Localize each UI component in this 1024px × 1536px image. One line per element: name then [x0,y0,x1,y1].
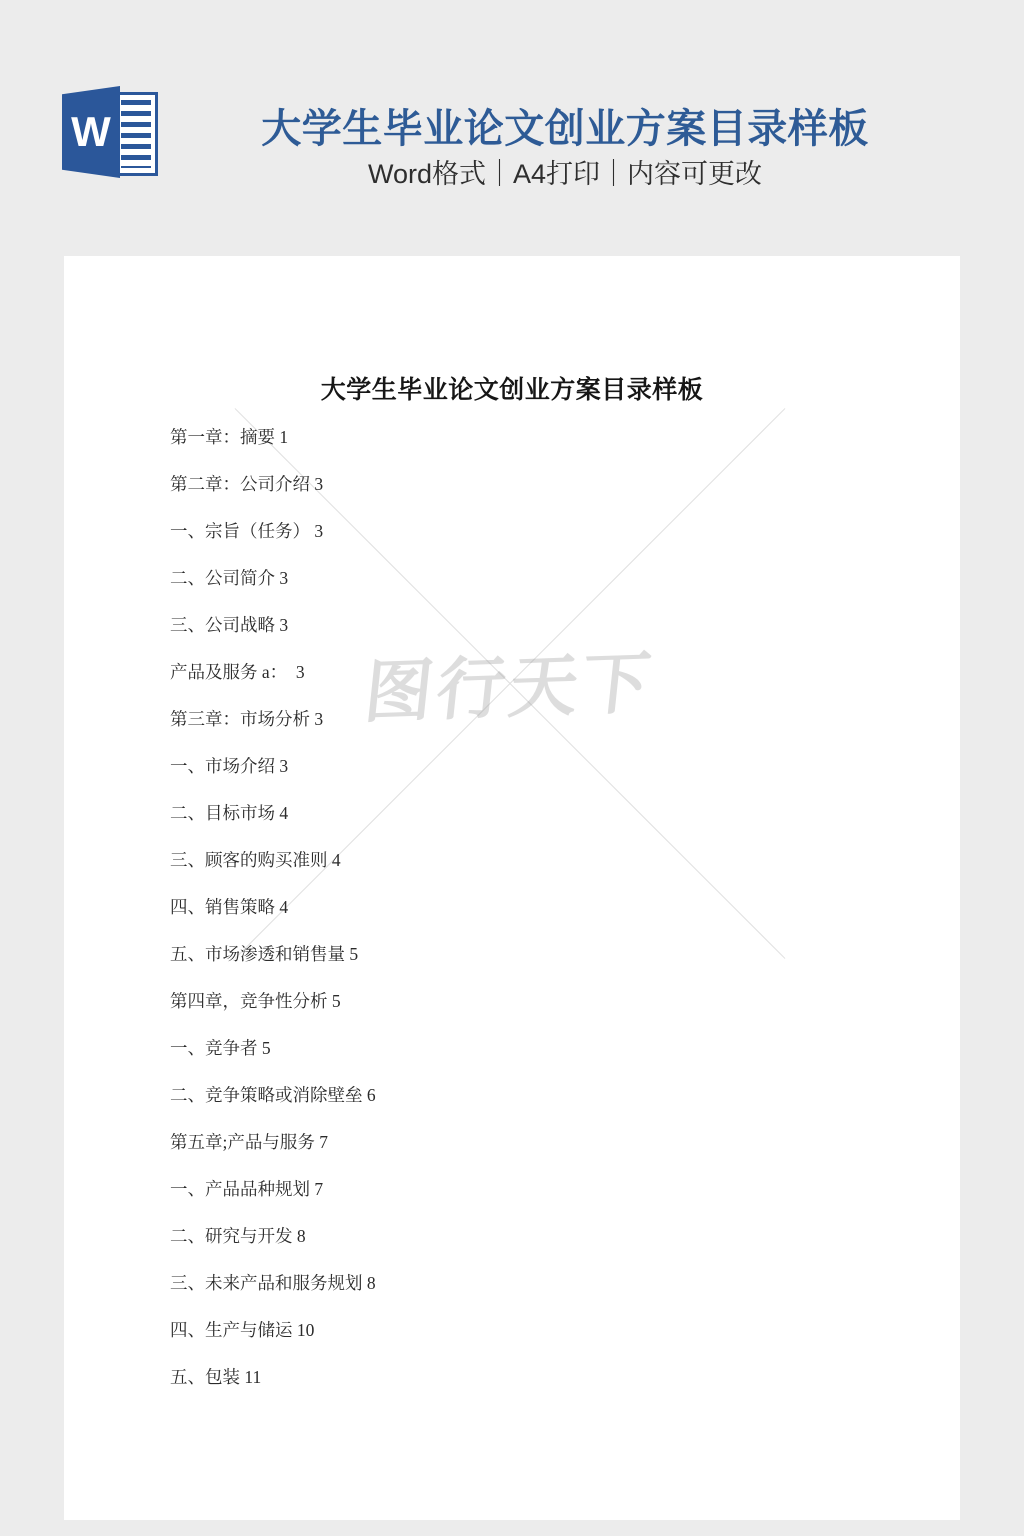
toc-entry: 一、产品品种规划 7 [170,1166,920,1213]
word-document-lines-icon [121,100,151,168]
document-preview-page: 图行天下 大学生毕业论文创业方案目录样板 第一章：摘要 1第二章：公司介绍 3一… [64,256,960,1520]
toc-entry: 一、宗旨（任务） 3 [170,508,920,555]
toc-entry: 第二章：公司介绍 3 [170,461,920,508]
word-file-icon: W [62,84,158,180]
toc-entry: 二、研究与开发 8 [170,1213,920,1260]
word-logo-flag-icon: W [62,86,120,178]
toc-entry: 二、目标市场 4 [170,790,920,837]
toc-entry: 产品及服务 a： 3 [170,649,920,696]
toc-entry: 四、销售策略 4 [170,884,920,931]
toc-entry: 第一章：摘要 1 [170,414,920,461]
toc-entry: 四、生产与储运 10 [170,1307,920,1354]
toc-entry: 第三章：市场分析 3 [170,696,920,743]
page-title: 大学生毕业论文创业方案目录样板 [200,97,930,154]
toc-entry: 二、公司简介 3 [170,555,920,602]
toc-entry: 五、市场渗透和销售量 5 [170,931,920,978]
toc-entry: 一、竞争者 5 [170,1025,920,1072]
toc-entry: 第五章;产品与服务 7 [170,1119,920,1166]
document-title: 大学生毕业论文创业方案目录样板 [64,370,960,406]
toc-entry: 三、公司战略 3 [170,602,920,649]
site-header: W 大学生毕业论文创业方案目录样板 Word格式｜A4打印｜内容可更改 [0,0,1024,256]
toc-entry: 三、未来产品和服务规划 8 [170,1260,920,1307]
word-document-page-icon [114,92,158,176]
toc-entry: 第四章，竞争性分析 5 [170,978,920,1025]
toc-entry: 五、包装 11 [170,1354,920,1401]
toc-entry: 二、竞争策略或消除壁垒 6 [170,1072,920,1119]
page-subtitle: Word格式｜A4打印｜内容可更改 [200,152,930,191]
toc-entry: 三、顾客的购买准则 4 [170,837,920,884]
word-logo-letter: W [71,108,111,156]
toc-entry: 一、市场介绍 3 [170,743,920,790]
table-of-contents: 第一章：摘要 1第二章：公司介绍 3一、宗旨（任务） 3二、公司简介 3三、公司… [170,414,920,1401]
